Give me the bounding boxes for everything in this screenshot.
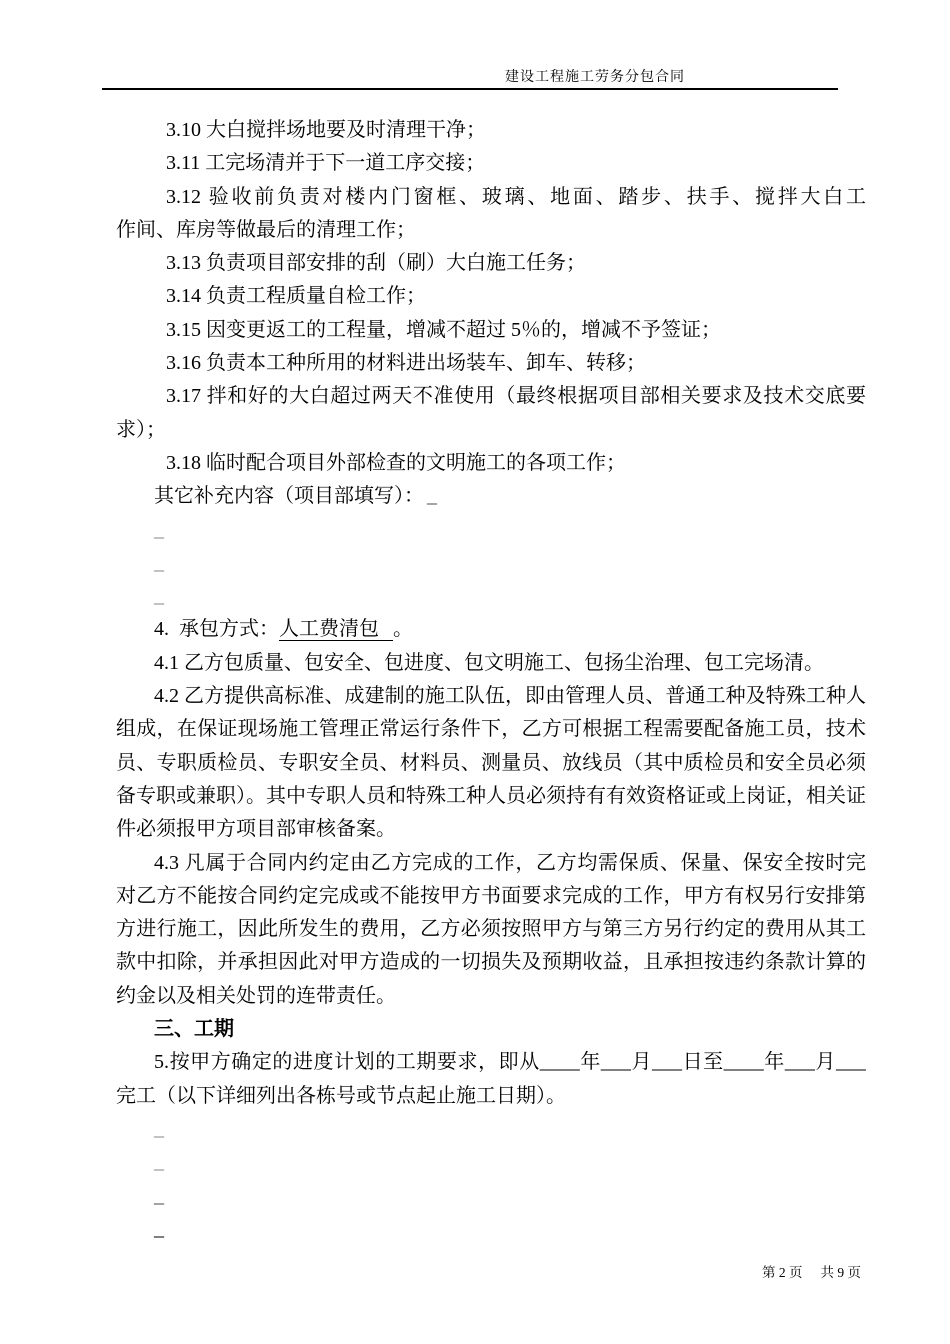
supplement-line: 其它补充内容（项目部填写）：_ [116,480,866,513]
blank-underscore-line: _ [116,1113,866,1146]
doc-line-4-2e: 件必须报甲方项目部审核备案。 [116,813,866,846]
header-rule [102,88,838,90]
blank-underscore-line: _ [116,1213,866,1246]
doc-line-4-2b: 组成，在保证现场施工管理正常运行条件下，乙方可根据工程需要配备施工员，技术人 [116,713,866,746]
doc-line-3-11: 3.11 工完场清并于下一道工序交接； [116,147,866,180]
blank-underscore-line: _ [116,514,866,547]
clause-4-prefix: 4. 承包方式： [154,618,279,640]
doc-line-4-2a: 4.2 乙方提供高标准、成建制的施工队伍，即由管理人员、普通工种及特殊工种人员 [116,680,866,713]
doc-line-4-2d: 备专职或兼职）。其中专职人员和特殊工种人员必须持有有效资格证或上岗证，相关证 [116,780,866,813]
clause-4-contract-mode-line: 4. 承包方式：人工费清包。 [116,613,866,646]
doc-line-3-13: 3.13 负责项目部安排的刮（刷）大白施工任务； [116,247,866,280]
doc-line-3-17a: 3.17 拌和好的大白超过两天不准使用（最终根据项目部相关要求及技术交底要 [116,380,866,413]
doc-line-5a: 5.按甲方确定的进度计划的工期要求，即从____年___月___日至____年_… [116,1046,866,1079]
document-body: 3.10 大白搅拌场地要及时清理干净； 3.11 工完场清并于下一道工序交接； … [116,114,866,1246]
page-footer: 第 2 页共 9 页 [762,1261,861,1281]
fill-in-blank-underscore: _ [427,485,437,507]
blank-underscore-line: _ [116,1146,866,1179]
doc-line-4-3b: 对乙方不能按合同约定完成或不能按甲方书面要求完成的工作，甲方有权另行安排第三 [116,880,866,913]
clause-4-underlined-value: 人工费清包 [279,618,393,641]
doc-line-3-14: 3.14 负责工程质量自检工作； [116,280,866,313]
doc-line-3-17b: 求）； [116,414,866,447]
doc-line-4-3d: 款中扣除，并承担因此对甲方造成的一切损失及预期收益，且承担按违约条款计算的违 [116,946,866,979]
page-header-title: 建设工程施工劳务分包合同 [505,66,685,86]
footer-total-pages: 共 9 页 [821,1261,862,1281]
doc-line-4-1: 4.1 乙方包质量、包安全、包进度、包文明施工、包扬尘治理、包工完场清。 [116,647,866,680]
doc-line-3-15: 3.15 因变更返工的工程量，增减不超过 5％的，增减不予签证； [116,314,866,347]
doc-line-4-2c: 员、专职质检员、专职安全员、材料员、测量员、放线员（其中质检员和安全员必须配 [116,747,866,780]
footer-page-number: 第 2 页 [762,1261,803,1281]
blank-underscore-line: _ [116,547,866,580]
document-page: 建设工程施工劳务分包合同 3.10 大白搅拌场地要及时清理干净； 3.11 工完… [0,0,950,1344]
clause-4-suffix: 。 [393,618,413,640]
doc-line-4-3c: 方进行施工，因此所发生的费用，乙方必须按照甲方与第三方另行约定的费用从其工程 [116,913,866,946]
supplement-label: 其它补充内容（项目部填写）： [154,485,424,507]
doc-line-4-3e: 约金以及相关处罚的连带责任。 [116,980,866,1013]
doc-line-3-16: 3.16 负责本工种所用的材料进出场装车、卸车、转移； [116,347,866,380]
doc-line-3-12a: 3.12 验收前负责对楼内门窗框、玻璃、地面、踏步、扶手、搅拌大白工 [116,181,866,214]
section-heading-duration: 三、工期 [116,1013,866,1046]
blank-underscore-line: _ [116,1180,866,1213]
blank-underscore-line: _ [116,580,866,613]
doc-line-3-10: 3.10 大白搅拌场地要及时清理干净； [116,114,866,147]
doc-line-5b: 完工（以下详细列出各栋号或节点起止施工日期）。 [116,1080,866,1113]
doc-line-3-12b: 作间、库房等做最后的清理工作； [116,214,866,247]
doc-line-3-18: 3.18 临时配合项目外部检查的文明施工的各项工作； [116,447,866,480]
doc-line-4-3a: 4.3 凡属于合同内约定由乙方完成的工作，乙方均需保质、保量、保安全按时完成。 [116,847,866,880]
